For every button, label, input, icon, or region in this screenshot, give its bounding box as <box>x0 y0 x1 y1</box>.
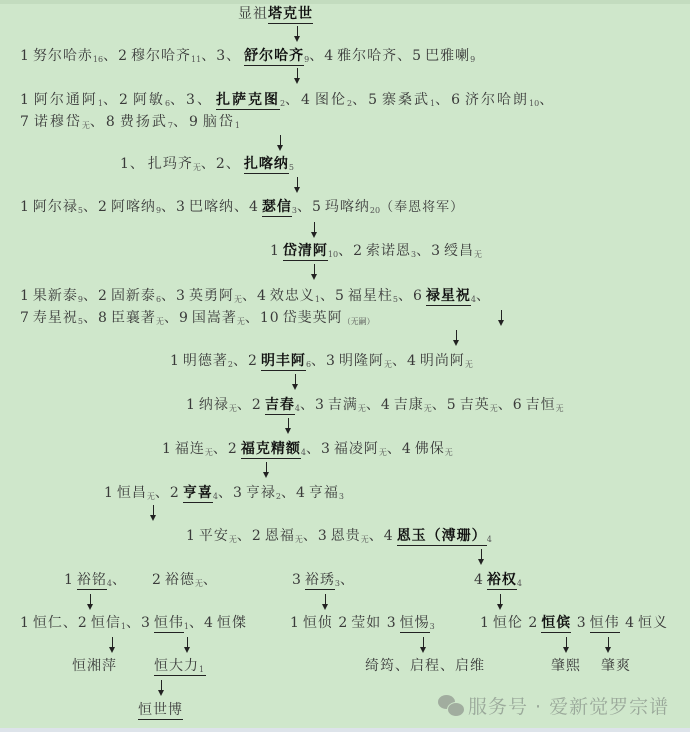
birth-order: 3 <box>292 572 302 588</box>
arrow-down-icon <box>292 68 302 84</box>
root-name: 塔克世 <box>268 6 313 24</box>
person-name: 莹如 <box>351 615 381 631</box>
arrow-down-icon <box>603 637 613 653</box>
wechat-icon <box>438 695 464 717</box>
generation-row-g10: 1恒昌无、2亨喜4、3亨禄2、4亨福3 <box>104 484 344 506</box>
person-name: 英勇阿 <box>189 288 234 304</box>
separator: 、 <box>306 441 321 457</box>
son-count: 无 <box>379 448 387 457</box>
birth-order: 3 <box>577 615 587 631</box>
separator: 、 <box>285 92 301 108</box>
separator: 、 <box>155 485 170 501</box>
son-count: 4 <box>517 579 522 588</box>
arrow-down-icon <box>148 505 158 521</box>
separator: 、 <box>352 92 368 108</box>
son-count: 1 <box>235 121 240 130</box>
person-name: 阿敏 <box>133 92 165 108</box>
birth-order: 1、 <box>120 156 145 172</box>
person-name: 效忠义 <box>270 288 315 304</box>
separator: 、 <box>237 528 252 544</box>
person-name: 恒大力 <box>154 658 199 674</box>
birth-order: 1 <box>270 243 280 259</box>
arrow-down-icon <box>292 26 302 42</box>
person-name: 亨福 <box>309 485 339 501</box>
person-name: 恒湘萍 <box>72 658 117 674</box>
birth-order: 1 <box>20 288 30 304</box>
person-name: 吉恒 <box>526 397 556 413</box>
arrow-down-icon <box>275 135 285 151</box>
arrow-down-icon <box>561 637 571 653</box>
separator: 、 <box>297 199 312 215</box>
person-name: 恒伦 <box>493 615 523 631</box>
person-name: 玛喀纳 <box>325 199 370 215</box>
separator: 、 <box>242 288 257 304</box>
separator: 、 <box>281 485 296 501</box>
birth-order: 3 <box>318 528 328 544</box>
separator: 、 <box>435 92 451 108</box>
birth-order: 3 <box>326 353 336 369</box>
birth-order: 4 <box>257 288 267 304</box>
birth-order: 4 <box>204 615 214 631</box>
separator: 、 <box>233 353 248 369</box>
person-name: 亨禄 <box>246 485 276 501</box>
son-count: 无 <box>82 121 90 130</box>
arrow-down-icon <box>309 264 319 280</box>
birth-order: 2 <box>170 485 180 501</box>
generation-row-g13-yuming: 1恒仁、2恒信1、3恒伟1、4恒傑 <box>20 614 247 636</box>
son-count: 无 <box>229 404 237 413</box>
generation-row-g4: 1阿尔禄5、2阿喀纳9、3巴喀纳、4瑟信3、5玛喀纳20（奉恩将军） <box>20 198 464 220</box>
person-name: 巴雅喇 <box>425 48 470 64</box>
separator: 、 <box>234 199 249 215</box>
son-yuxiu: 3裕琇3、 <box>292 571 355 593</box>
birth-order: 2 <box>152 572 162 588</box>
son-count: 3 <box>430 622 435 631</box>
person-name: 吉英 <box>460 397 490 413</box>
son-count: 11 <box>191 55 201 64</box>
birth-order: 1 <box>186 397 196 413</box>
person-name: 舒尔哈齐 <box>244 48 304 66</box>
son-count: 无 <box>193 163 201 172</box>
person-name: 恒伟 <box>154 615 184 633</box>
separator: （奉恩将军） <box>380 200 464 215</box>
arrow-down-icon <box>476 549 486 565</box>
person-name: 裕德 <box>165 572 195 588</box>
birth-order: 6 <box>513 397 523 413</box>
separator: 、 <box>164 310 179 326</box>
person-name: 图伦 <box>315 92 347 108</box>
birth-order: 7 <box>20 310 30 326</box>
person-name: 吉满 <box>328 397 358 413</box>
person-name: 肇熙 <box>551 658 581 674</box>
son-count: 无 <box>147 492 155 501</box>
birth-order: 5 <box>368 92 379 108</box>
separator: 、 <box>203 572 218 588</box>
grandchild-hengxiangping: 恒湘萍 <box>72 657 117 675</box>
person-name: 禄星祝 <box>426 288 471 306</box>
birth-order: 2 <box>228 441 238 457</box>
generation-row-g5: 1岱清阿10、2索诺恩3、3绶昌无 <box>270 242 482 264</box>
person-name: 明尚阿 <box>420 353 465 369</box>
arrow-down-icon <box>290 374 300 390</box>
arrow-down-icon <box>320 594 330 610</box>
separator: 、 <box>173 114 189 130</box>
son-count: 无 <box>358 404 366 413</box>
arrow-down-icon <box>261 462 271 478</box>
separator: 、 <box>366 397 381 413</box>
arrow-down-icon <box>156 680 166 696</box>
person-name: 吉康 <box>394 397 424 413</box>
separator: 、 <box>126 615 141 631</box>
son-count: 无 <box>384 360 392 369</box>
person-name: 裕铭 <box>77 572 107 590</box>
person-name: 明隆阿 <box>339 353 384 369</box>
son-count: 无 <box>465 360 473 369</box>
generation-row-g7: 1明德著2、2明丰阿6、3明隆阿无、4明尚阿无 <box>170 352 473 374</box>
separator: 、 <box>397 48 412 64</box>
arrow-down-icon <box>292 177 302 193</box>
son-count: 无 <box>229 535 237 544</box>
generation-row-g13-yuxiu: 1恒侦 2莹如 3恒惕3 <box>290 614 435 636</box>
birth-order: 3 <box>315 397 325 413</box>
son-count: 无 <box>490 404 498 413</box>
person-names: 绮筠、启程、启维 <box>365 658 485 674</box>
person-name: 岱斐英阿 <box>283 310 343 326</box>
separator: 、 <box>103 92 119 108</box>
generation-row-g9: 1福连无、2福克精额4、3福凌阿无、4佛保无 <box>162 440 453 462</box>
birth-order: 3 <box>431 243 441 259</box>
person-name: 福星柱 <box>348 288 393 304</box>
birth-order: 5 <box>412 48 422 64</box>
son-count: 20 <box>370 206 380 215</box>
great-grandchild-hengshibo: 恒世博 <box>138 701 183 719</box>
birth-order: 10 <box>260 310 280 326</box>
separator: 、 <box>369 528 384 544</box>
bottom-strip <box>0 728 690 732</box>
separator: 、 <box>83 199 98 215</box>
person-name: 索诺恩 <box>366 243 411 259</box>
person-name: 绶昌 <box>444 243 474 259</box>
birth-order: 1 <box>186 528 196 544</box>
person-name: 扎玛齐 <box>148 156 193 172</box>
separator: 、 <box>218 485 233 501</box>
separator: 、 <box>201 156 216 172</box>
birth-order: 4 <box>384 528 394 544</box>
person-name: 扎萨克图 <box>216 92 280 110</box>
son-count: 4 <box>487 535 492 544</box>
arrow-down-icon <box>283 418 293 434</box>
person-name: 恒昌 <box>117 485 147 501</box>
birth-order: 2 <box>78 615 88 631</box>
arrow-down-icon <box>309 222 319 238</box>
person-name: 巴喀纳 <box>189 199 234 215</box>
birth-order: 4 <box>296 485 306 501</box>
person-name: 诺穆岱 <box>34 114 82 130</box>
person-name: 福连 <box>175 441 205 457</box>
birth-order: 2 <box>252 397 262 413</box>
son-count: 无 <box>424 404 432 413</box>
son-count: 10 <box>328 250 338 259</box>
birth-order: 3 <box>176 199 186 215</box>
person-name: 阿喀纳 <box>111 199 156 215</box>
person-name: 恩贵 <box>331 528 361 544</box>
separator: 、 <box>309 48 324 64</box>
grandchildren-yuxiu-line: 绮筠、启程、启维 <box>365 657 485 675</box>
generation-row-g13-yuquan: 1恒伦 2恒傧 3恒伟 4恒义 <box>480 614 668 632</box>
person-name: 脑岱 <box>203 114 235 130</box>
son-count: 无 <box>474 250 482 259</box>
separator: 、 <box>83 288 98 304</box>
person-name: 裕琇 <box>305 572 335 590</box>
separator: 、 <box>398 288 413 304</box>
separator: 、 <box>416 243 431 259</box>
separator: 、 <box>201 48 216 64</box>
watermark: 服务号 · 爱新觉罗宗谱 <box>438 692 669 719</box>
person-name: 恒世博 <box>138 702 183 720</box>
birth-order: 1 <box>104 485 114 501</box>
separator: 、 <box>112 572 127 588</box>
son-count: 无 <box>237 317 245 326</box>
person-name: 肇爽 <box>601 658 631 674</box>
son-count: 无 <box>234 295 242 304</box>
arrow-down-icon <box>451 330 461 346</box>
person-name: 寿星祝 <box>33 310 78 326</box>
birth-order: 1 <box>480 615 490 631</box>
root-title: 显祖 <box>238 6 268 22</box>
birth-order: 2 <box>353 243 363 259</box>
person-name: 费扬武 <box>120 114 168 130</box>
birth-order: 4 <box>301 92 312 108</box>
birth-order: 2 <box>252 528 262 544</box>
generation-row-g11: 1平安无、2恩福无、3恩贵无、4恩玉（溥珊）4 <box>186 527 492 549</box>
birth-order: 1 <box>20 92 31 108</box>
birth-order: 3 <box>233 485 243 501</box>
birth-order: 2、 <box>216 156 241 172</box>
birth-order: 5 <box>312 199 322 215</box>
birth-order: 1 <box>20 48 30 64</box>
person-name: 阿尔通阿 <box>34 92 98 108</box>
grandchild-zhaoxi: 肇熙 <box>551 657 581 675</box>
birth-order: 2 <box>119 92 130 108</box>
son-count: （无嗣） <box>343 317 375 326</box>
person-name: 纳禄 <box>199 397 229 413</box>
root-ancestor: 显祖塔克世 <box>238 5 313 23</box>
birth-order: 2 <box>98 288 108 304</box>
separator: 、 <box>476 288 491 304</box>
son-count: 16 <box>93 55 103 64</box>
son-count: 9 <box>470 55 475 64</box>
birth-order: 7 <box>20 114 31 130</box>
birth-order: 9 <box>179 310 189 326</box>
son-yude: 2裕德无、 <box>152 571 218 593</box>
son-count: 无 <box>205 448 213 457</box>
birth-order: 8 <box>98 310 108 326</box>
birth-order: 9 <box>189 114 200 130</box>
birth-order: 1 <box>20 615 30 631</box>
separator: 、 <box>338 243 353 259</box>
person-name: 明丰阿 <box>261 353 306 371</box>
separator: 、 <box>340 572 355 588</box>
birth-order: 3 <box>141 615 151 631</box>
birth-order: 6 <box>451 92 462 108</box>
son-count: 10 <box>529 99 539 108</box>
person-name: 福凌阿 <box>334 441 379 457</box>
generation-row-g2-1: 1阿尔通阿1、2阿敏6、3、扎萨克图2、4图伦2、5寨桑武1、6济尔哈朗10、 <box>20 91 555 113</box>
separator: 、 <box>320 288 335 304</box>
generation-row-g8: 1纳禄无、2吉春4、3吉满无、4吉康无、5吉英无、6吉恒无 <box>186 396 564 418</box>
son-yuquan: 4裕权4 <box>474 571 522 593</box>
son-count: 5 <box>289 163 294 172</box>
person-name: 恒侦 <box>303 615 333 631</box>
person-name: 扎喀纳 <box>244 156 289 174</box>
grandchild-zhaoshuang: 肇爽 <box>601 657 631 675</box>
arrow-down-icon <box>107 637 117 653</box>
person-name: 吉春 <box>265 397 295 415</box>
birth-order: 8 <box>106 114 117 130</box>
birth-order: 5 <box>335 288 345 304</box>
person-name: 阿尔禄 <box>33 199 78 215</box>
son-count: 无 <box>445 448 453 457</box>
person-name: 寨桑武 <box>382 92 430 108</box>
person-name: 雅尔哈齐 <box>337 48 397 64</box>
separator: 、 <box>498 397 513 413</box>
birth-order: 4 <box>625 615 635 631</box>
grandchild-hengdali: 恒大力1 <box>154 657 206 679</box>
birth-order: 1 <box>290 615 300 631</box>
separator: 、 <box>245 310 260 326</box>
birth-order: 1 <box>162 441 172 457</box>
person-name: 佛保 <box>415 441 445 457</box>
birth-order: 1 <box>170 353 180 369</box>
separator: 、 <box>170 92 186 108</box>
son-count: 1 <box>199 665 204 674</box>
birth-order: 2 <box>98 199 108 215</box>
separator: 、 <box>161 199 176 215</box>
person-name: 果新泰 <box>33 288 78 304</box>
separator: 、 <box>539 92 555 108</box>
birth-order: 4 <box>249 199 259 215</box>
birth-order: 4 <box>402 441 412 457</box>
person-name: 瑟信 <box>262 199 292 217</box>
separator: 、 <box>311 353 326 369</box>
person-name: 恒惕 <box>400 615 430 633</box>
birth-order: 3 <box>387 615 397 631</box>
birth-order: 3、 <box>186 92 213 108</box>
son-count: 无 <box>556 404 564 413</box>
person-name: 穆尔哈齐 <box>131 48 191 64</box>
arrow-down-icon <box>496 310 506 326</box>
son-yuming: 1裕铭4、 <box>64 571 127 593</box>
separator: 、 <box>213 441 228 457</box>
person-name: 恒义 <box>638 615 668 631</box>
son-count: 无 <box>361 535 369 544</box>
person-name: 亨喜 <box>183 485 213 503</box>
person-name: 明德著 <box>183 353 228 369</box>
arrow-down-icon <box>85 594 95 610</box>
person-name: 努尔哈赤 <box>33 48 93 64</box>
top-shade <box>0 0 690 4</box>
generation-row-g1: 1努尔哈赤16、2穆尔哈齐11、3、舒尔哈齐9、4雅尔哈齐、5巴雅喇9 <box>20 47 475 69</box>
son-count: 3 <box>339 492 344 501</box>
separator: 、 <box>90 114 106 130</box>
birth-order: 2 <box>338 615 348 631</box>
person-name: 臣襄著 <box>111 310 156 326</box>
generation-row-g6-2: 7寿星祝5、8臣襄著无、9国嵩著无、10岱斐英阿（无嗣） <box>20 309 375 331</box>
birth-order: 4 <box>324 48 334 64</box>
person-name: 裕权 <box>487 572 517 590</box>
birth-order: 4 <box>381 397 391 413</box>
generation-row-g2-2: 7诺穆岱无、8费扬武7、9脑岱1 <box>20 113 240 135</box>
birth-order: 1 <box>20 199 30 215</box>
person-name: 固新泰 <box>111 288 156 304</box>
person-name: 恩玉（溥珊） <box>397 528 487 546</box>
birth-order: 4 <box>474 572 484 588</box>
separator: 、 <box>392 353 407 369</box>
son-count: 无 <box>156 317 164 326</box>
birth-order: 5 <box>447 397 457 413</box>
person-name: 恩福 <box>265 528 295 544</box>
person-name: 恒傑 <box>217 615 247 631</box>
generation-row-g6-1: 1果新泰9、2固新泰6、3英勇阿无、4效忠义1、5福星柱5、6禄星祝4、 <box>20 287 491 309</box>
son-count: 无 <box>195 579 203 588</box>
separator: 、 <box>83 310 98 326</box>
person-name: 岱清阿 <box>283 243 328 261</box>
person-name: 福克精额 <box>241 441 301 459</box>
separator: 、 <box>63 615 78 631</box>
birth-order: 3 <box>176 288 186 304</box>
separator: 、 <box>161 288 176 304</box>
birth-order: 2 <box>528 615 538 631</box>
separator: 、 <box>237 397 252 413</box>
person-name: 济尔哈朗 <box>465 92 529 108</box>
birth-order: 4 <box>407 353 417 369</box>
separator: 、 <box>432 397 447 413</box>
arrow-down-icon <box>182 637 192 653</box>
watermark-text: 服务号 · 爱新觉罗宗谱 <box>468 696 669 718</box>
separator: 、 <box>103 48 118 64</box>
birth-order: 6 <box>413 288 423 304</box>
separator: 、 <box>387 441 402 457</box>
person-name: 恒傧 <box>541 615 571 633</box>
separator: 、 <box>189 615 204 631</box>
birth-order: 2 <box>248 353 258 369</box>
separator: 、 <box>300 397 315 413</box>
birth-order: 2 <box>118 48 128 64</box>
son-count: 无 <box>295 535 303 544</box>
person-name: 恒伟 <box>590 615 620 633</box>
birth-order: 1 <box>64 572 74 588</box>
birth-order: 3、 <box>216 48 241 64</box>
person-name: 恒信 <box>91 615 121 631</box>
generation-row-g3: 1、扎玛齐无、2、扎喀纳5 <box>120 155 294 177</box>
person-name: 平安 <box>199 528 229 544</box>
arrow-down-icon <box>418 637 428 653</box>
person-name: 恒仁 <box>33 615 63 631</box>
arrow-down-icon <box>495 594 505 610</box>
birth-order: 3 <box>321 441 331 457</box>
separator: 、 <box>303 528 318 544</box>
person-name: 国嵩著 <box>192 310 237 326</box>
